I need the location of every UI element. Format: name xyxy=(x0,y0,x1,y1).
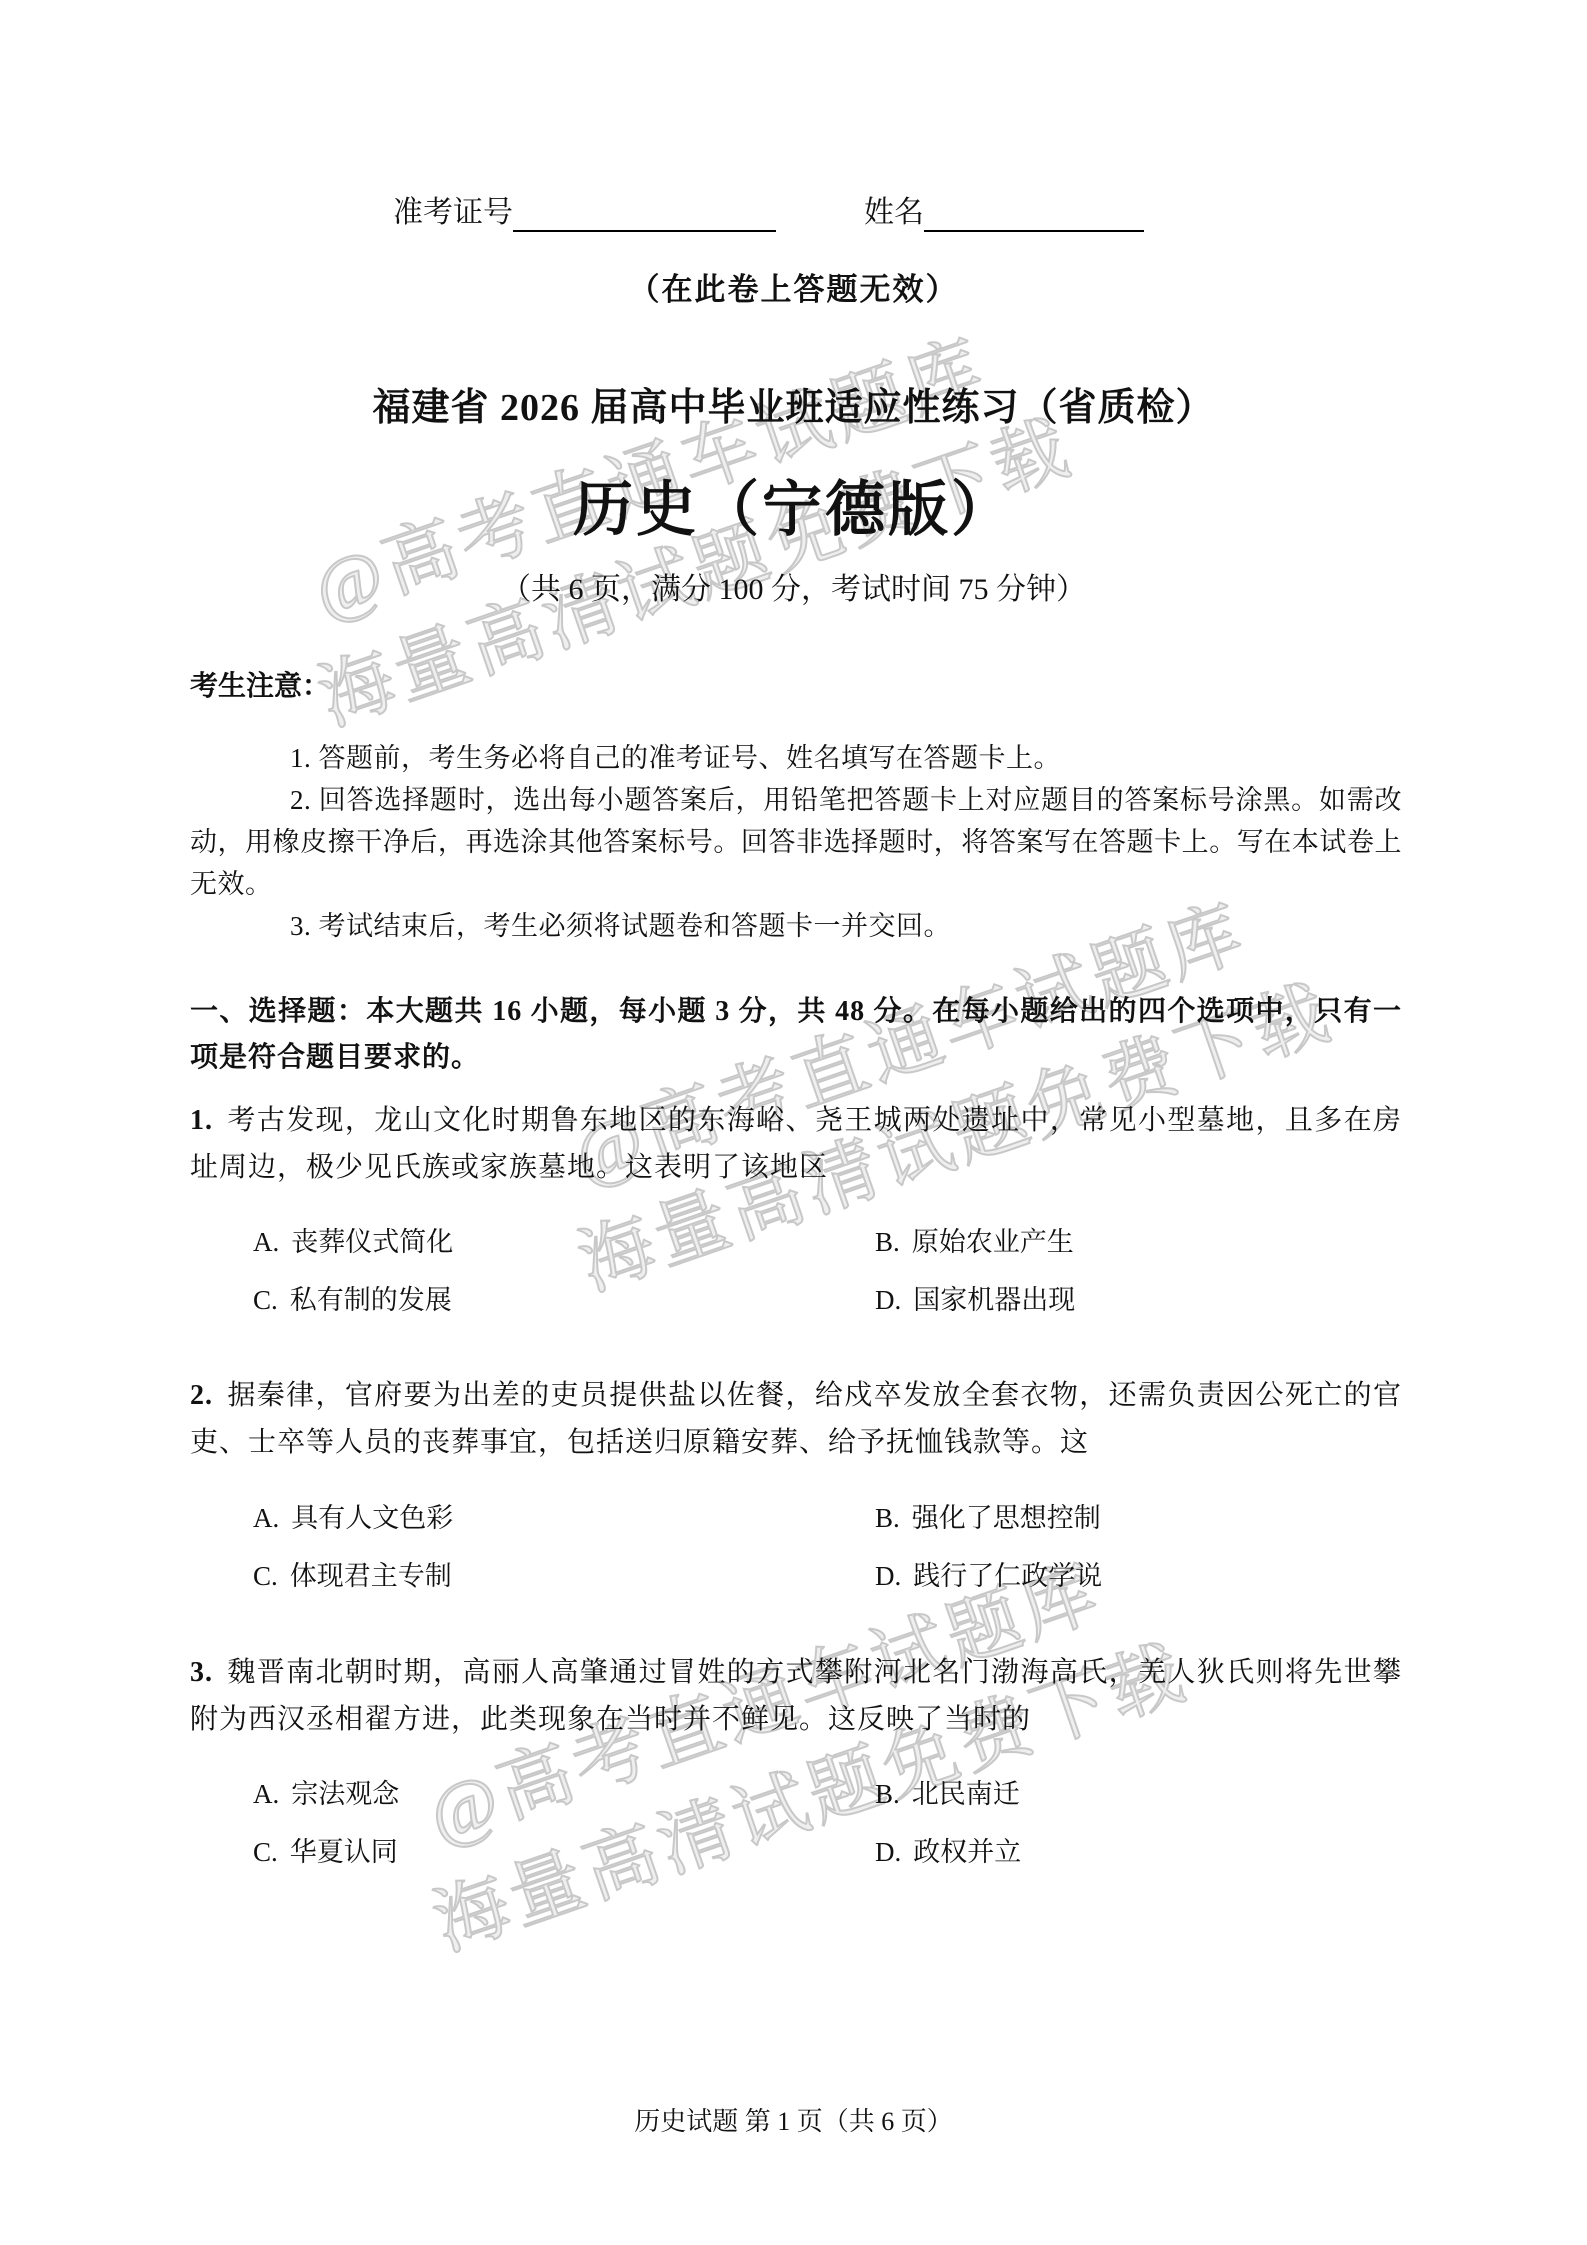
option-a: A.丧葬仪式简化 xyxy=(253,1227,875,1257)
question-stem-text: 据秦律，官府要为出差的吏员提供盐以佐餐，给戍卒发放全套衣物，还需负责因公死亡的官… xyxy=(190,1380,1402,1458)
option-letter: D. xyxy=(875,1837,901,1867)
option-c: C.华夏认同 xyxy=(253,1837,875,1867)
option-a: A.具有人文色彩 xyxy=(253,1503,875,1533)
option-letter: A. xyxy=(253,1227,279,1257)
option-d: D.政权并立 xyxy=(875,1837,1021,1867)
option-letter: C. xyxy=(253,1561,278,1591)
admission-number-label: 准考证号 xyxy=(393,194,513,232)
question-stem-text: 魏晋南北朝时期，高丽人高肇通过冒姓的方式攀附河北名门渤海高氏，羌人狄氏则将先世攀… xyxy=(190,1657,1402,1735)
question-number: 3. xyxy=(190,1657,213,1688)
question-stem: 1.考古发现，龙山文化时期鲁东地区的东海峪、尧王城两处遗址中，常见小型墓地，且多… xyxy=(190,1097,1402,1191)
option-d: D.国家机器出现 xyxy=(875,1285,1075,1315)
option-text: 体现君主专制 xyxy=(290,1561,452,1591)
notice-item: 1. 答题前，考生务必将自己的准考证号、姓名填写在答题卡上。 xyxy=(190,737,1402,779)
options-row: C.体现君主专制 D.践行了仁政学说 xyxy=(253,1561,1587,1591)
options-grid: A.丧葬仪式简化 B.原始农业产生 C.私有制的发展 D.国家机器出现 xyxy=(253,1227,1587,1315)
option-letter: D. xyxy=(875,1561,901,1591)
admission-number-field xyxy=(513,194,776,232)
invalid-answer-notice: （在此卷上答题无效） xyxy=(0,264,1587,304)
option-letter: B. xyxy=(875,1779,900,1809)
exam-title: 福建省 2026 届高中毕业班适应性练习（省质检） xyxy=(0,376,1587,422)
option-text: 私有制的发展 xyxy=(290,1285,452,1315)
option-letter: B. xyxy=(875,1227,900,1257)
option-c: C.体现君主专制 xyxy=(253,1561,875,1591)
option-text: 华夏认同 xyxy=(290,1837,398,1867)
option-letter: A. xyxy=(253,1503,279,1533)
name-field xyxy=(924,194,1144,232)
notice-label: 考生注意： xyxy=(190,668,1587,706)
name-label: 姓名 xyxy=(864,194,924,232)
options-row: C.私有制的发展 D.国家机器出现 xyxy=(253,1285,1587,1315)
option-letter: C. xyxy=(253,1285,278,1315)
option-b: B.北民南迁 xyxy=(875,1779,1020,1809)
option-text: 宗法观念 xyxy=(291,1779,399,1809)
option-letter: B. xyxy=(875,1503,900,1533)
option-text: 强化了思想控制 xyxy=(912,1503,1101,1533)
option-text: 政权并立 xyxy=(913,1837,1021,1867)
option-text: 具有人文色彩 xyxy=(291,1503,453,1533)
option-text: 北民南迁 xyxy=(912,1779,1020,1809)
question-block: 2.据秦律，官府要为出差的吏员提供盐以佐餐，给戍卒发放全套衣物，还需负责因公死亡… xyxy=(0,1372,1587,1591)
option-letter: C. xyxy=(253,1837,278,1867)
options-row: A.具有人文色彩 B.强化了思想控制 xyxy=(253,1503,1587,1533)
option-letter: A. xyxy=(253,1779,279,1809)
question-block: 1.考古发现，龙山文化时期鲁东地区的东海峪、尧王城两处遗址中，常见小型墓地，且多… xyxy=(0,1097,1587,1315)
question-number: 1. xyxy=(190,1105,213,1136)
candidate-info-row: 准考证号姓名 xyxy=(393,190,1587,232)
option-text: 国家机器出现 xyxy=(913,1285,1075,1315)
option-text: 丧葬仪式简化 xyxy=(291,1227,453,1257)
notice-list: 1. 答题前，考生务必将自己的准考证号、姓名填写在答题卡上。 2. 回答选择题时… xyxy=(190,737,1402,947)
subject-title: 历史（宁德版） xyxy=(0,462,1587,530)
question-stem-text: 考古发现，龙山文化时期鲁东地区的东海峪、尧王城两处遗址中，常见小型墓地，且多在房… xyxy=(190,1105,1402,1183)
notice-item: 2. 回答选择题时，选出每小题答案后，用铅笔把答题卡上对应题目的答案标号涂黑。如… xyxy=(190,779,1402,905)
question-number: 2. xyxy=(190,1380,213,1411)
options-row: C.华夏认同 D.政权并立 xyxy=(253,1837,1587,1867)
option-c: C.私有制的发展 xyxy=(253,1285,875,1315)
question-stem: 2.据秦律，官府要为出差的吏员提供盐以佐餐，给戍卒发放全套衣物，还需负责因公死亡… xyxy=(190,1372,1402,1466)
question-block: 3.魏晋南北朝时期，高丽人高肇通过冒姓的方式攀附河北名门渤海高氏，羌人狄氏则将先… xyxy=(0,1649,1587,1867)
options-grid: A.宗法观念 B.北民南迁 C.华夏认同 D.政权并立 xyxy=(253,1779,1587,1867)
exam-paper-page: @高考直通车试题库 海量高清试题免费下载 @高考直通车试题库 海量高清试题免费下… xyxy=(0,0,1587,2245)
option-b: B.强化了思想控制 xyxy=(875,1503,1101,1533)
options-grid: A.具有人文色彩 B.强化了思想控制 C.体现君主专制 D.践行了仁政学说 xyxy=(253,1503,1587,1591)
notice-item: 3. 考试结束后，考生必须将试题卷和答题卡一并交回。 xyxy=(190,905,1402,947)
option-d: D.践行了仁政学说 xyxy=(875,1561,1102,1591)
option-text: 践行了仁政学说 xyxy=(913,1561,1102,1591)
options-row: A.丧葬仪式简化 B.原始农业产生 xyxy=(253,1227,1587,1257)
option-a: A.宗法观念 xyxy=(253,1779,875,1809)
question-stem: 3.魏晋南北朝时期，高丽人高肇通过冒姓的方式攀附河北名门渤海高氏，羌人狄氏则将先… xyxy=(190,1649,1402,1743)
option-text: 原始农业产生 xyxy=(912,1227,1074,1257)
page-footer: 历史试题 第 1 页（共 6 页） xyxy=(0,2101,1587,2138)
option-b: B.原始农业产生 xyxy=(875,1227,1074,1257)
options-row: A.宗法观念 B.北民南迁 xyxy=(253,1779,1587,1809)
exam-meta-line: （共 6 页，满分 100 分，考试时间 75 分钟） xyxy=(0,564,1587,604)
section-heading: 一、选择题：本大题共 16 小题，每小题 3 分，共 48 分。在每小题给出的四… xyxy=(190,989,1402,1081)
option-letter: D. xyxy=(875,1285,901,1315)
